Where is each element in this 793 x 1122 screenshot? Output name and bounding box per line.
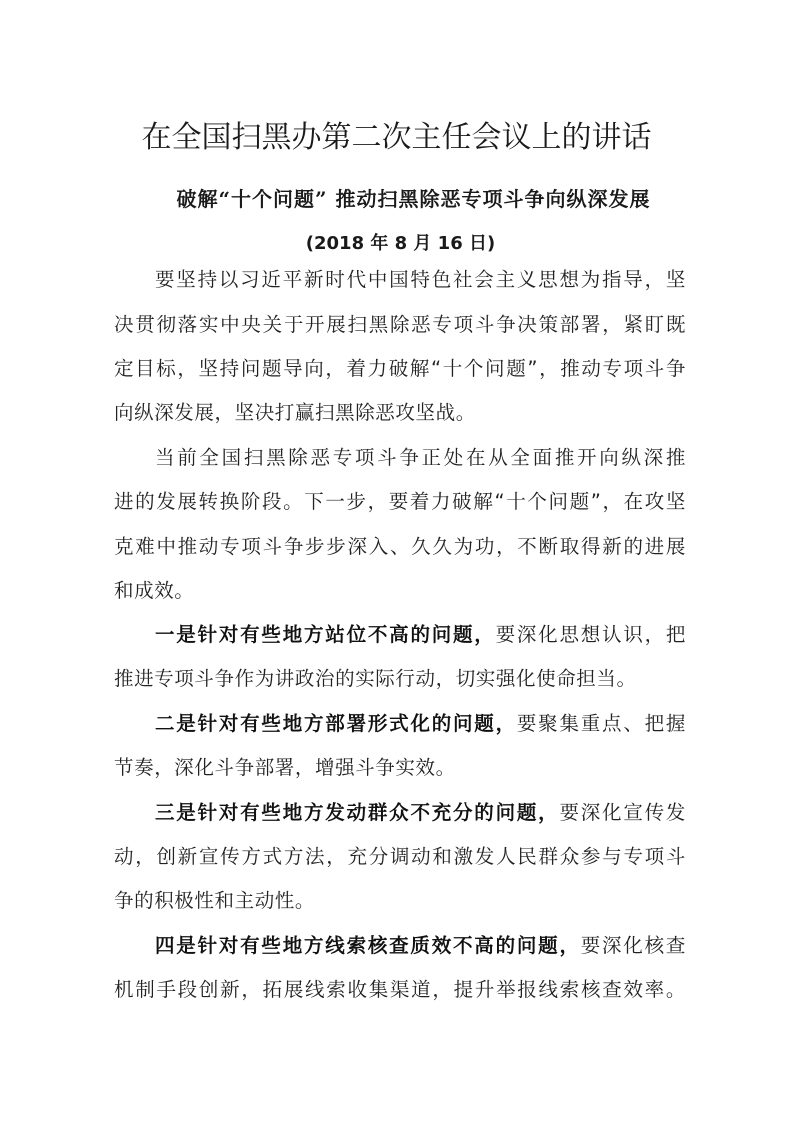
- text-line: 动，创新宣传方式方法，充分调动和激发人民群众参与专项斗: [114, 842, 686, 872]
- text-line: 机制手段创新，拓展线索收集渠道，提升举报线索核查效率。: [114, 975, 686, 1005]
- text-line: 进的发展转换阶段。下一步，要着力破解“十个问题”，在攻坚: [114, 487, 686, 517]
- text-line: 四是针对有些地方线索核查质效不高的问题，要深化核查: [155, 931, 686, 961]
- document-date: (2018 年 8 月 16 日): [0, 229, 793, 259]
- text-line: 节奏，深化斗争部署，增强斗争实效。: [114, 753, 686, 783]
- text-line: 克难中推动专项斗争步步深入、久久为功，不断取得新的进展: [114, 532, 686, 562]
- text-line: 要坚持以习近平新时代中国特色社会主义思想为指导，坚: [155, 265, 686, 295]
- document-page: 在全国扫黑办第二次主任会议上的讲话 破解“十个问题” 推动扫黑除恶专项斗争向纵深…: [0, 0, 793, 1122]
- line-rest: 要深化宣传发: [559, 801, 686, 824]
- text-line: 和成效。: [114, 576, 686, 606]
- text-line: 争的积极性和主动性。: [114, 886, 686, 916]
- text-line: 定目标，坚持问题导向，着力破解“十个问题”，推动专项斗争: [114, 354, 686, 384]
- bold-lead: 二是针对有些地方部署形式化的问题，: [155, 712, 517, 735]
- text-line: 当前全国扫黑除恶专项斗争正处在从全面推开向纵深推: [155, 443, 686, 473]
- bold-lead: 三是针对有些地方发动群众不充分的问题，: [155, 801, 559, 824]
- text-line: 二是针对有些地方部署形式化的问题，要聚集重点、把握: [155, 709, 686, 739]
- text-line: 三是针对有些地方发动群众不充分的问题，要深化宣传发: [155, 798, 686, 828]
- line-rest: 要深化思想认识，把: [496, 623, 686, 646]
- text-line: 向纵深发展，坚决打赢扫黑除恶攻坚战。: [114, 398, 686, 428]
- bold-lead: 四是针对有些地方线索核查质效不高的问题，: [155, 934, 581, 957]
- document-subtitle: 破解“十个问题” 推动扫黑除恶专项斗争向纵深发展: [0, 184, 793, 214]
- bold-lead: 一是针对有些地方站位不高的问题，: [155, 623, 496, 646]
- line-rest: 要深化核查: [581, 934, 686, 957]
- text-line: 推进专项斗争作为讲政治的实际行动，切实强化使命担当。: [114, 664, 686, 694]
- document-title: 在全国扫黑办第二次主任会议上的讲话: [0, 118, 793, 158]
- text-line: 一是针对有些地方站位不高的问题，要深化思想认识，把: [155, 620, 686, 650]
- text-line: 决贯彻落实中央关于开展扫黑除恶专项斗争决策部署，紧盯既: [114, 310, 686, 340]
- line-rest: 要聚集重点、把握: [517, 712, 686, 735]
